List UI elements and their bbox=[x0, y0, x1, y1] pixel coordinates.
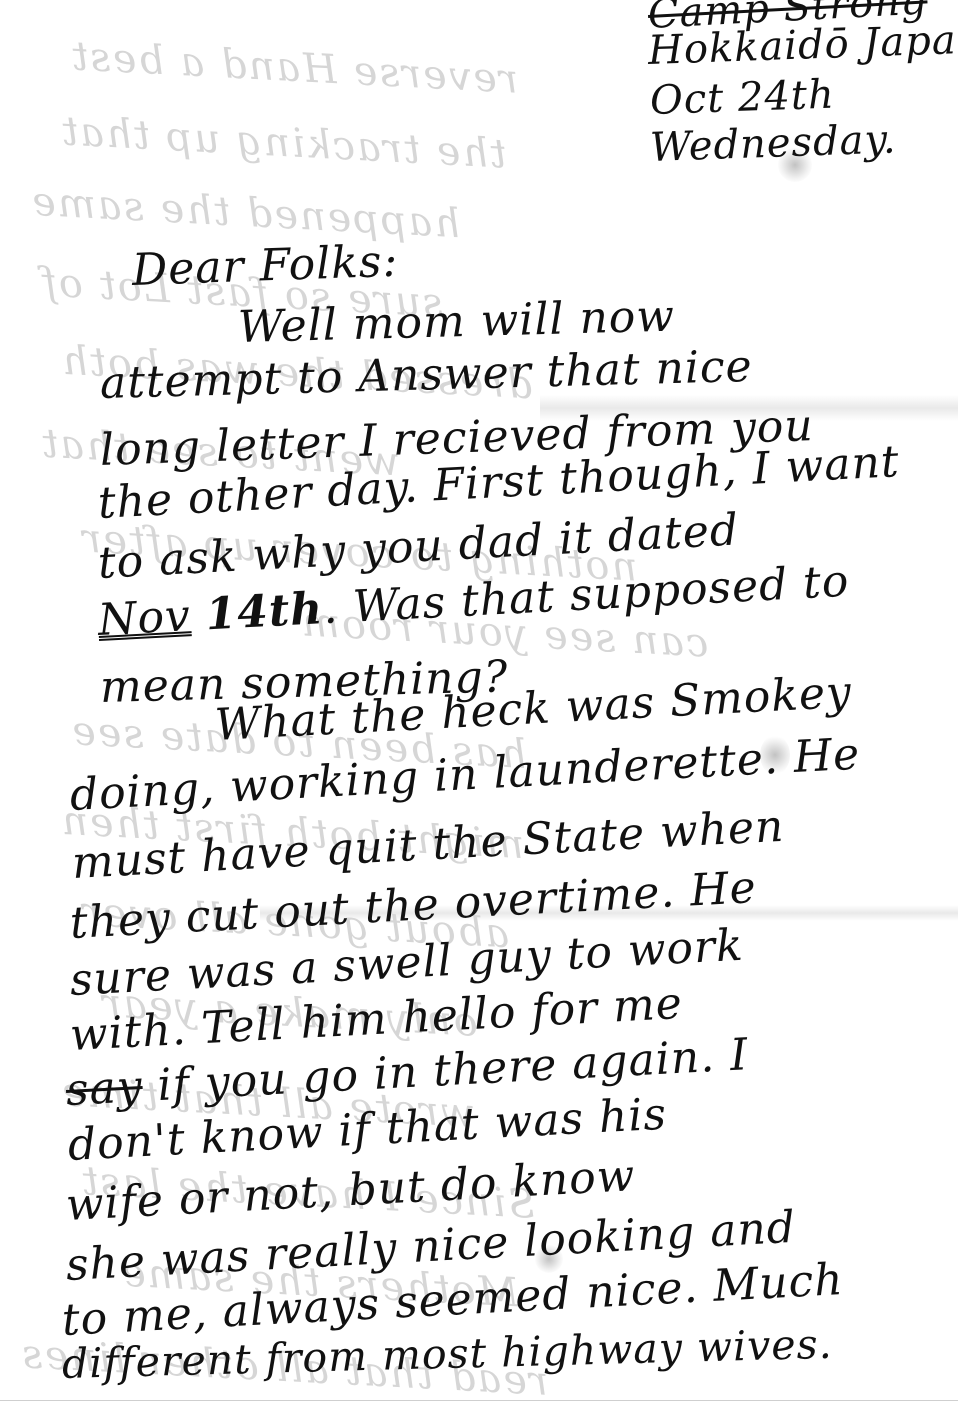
nov-underlined: Nov bbox=[97, 590, 192, 646]
bleed-through-text: the tracking up that bbox=[59, 108, 507, 177]
nov-day-overwritten: 14th bbox=[204, 583, 324, 640]
scan-background bbox=[0, 1401, 958, 1422]
bleed-through-text: reverse Hand a best bbox=[69, 33, 519, 102]
header-weekday: Wednesday. bbox=[649, 116, 897, 171]
letter-page: reverse Hand a best the tracking up that… bbox=[0, 0, 958, 1401]
header-date: Oct 24th bbox=[649, 72, 835, 124]
salutation: Dear Folks: bbox=[131, 236, 399, 296]
struck-word: say bbox=[65, 1061, 144, 1116]
